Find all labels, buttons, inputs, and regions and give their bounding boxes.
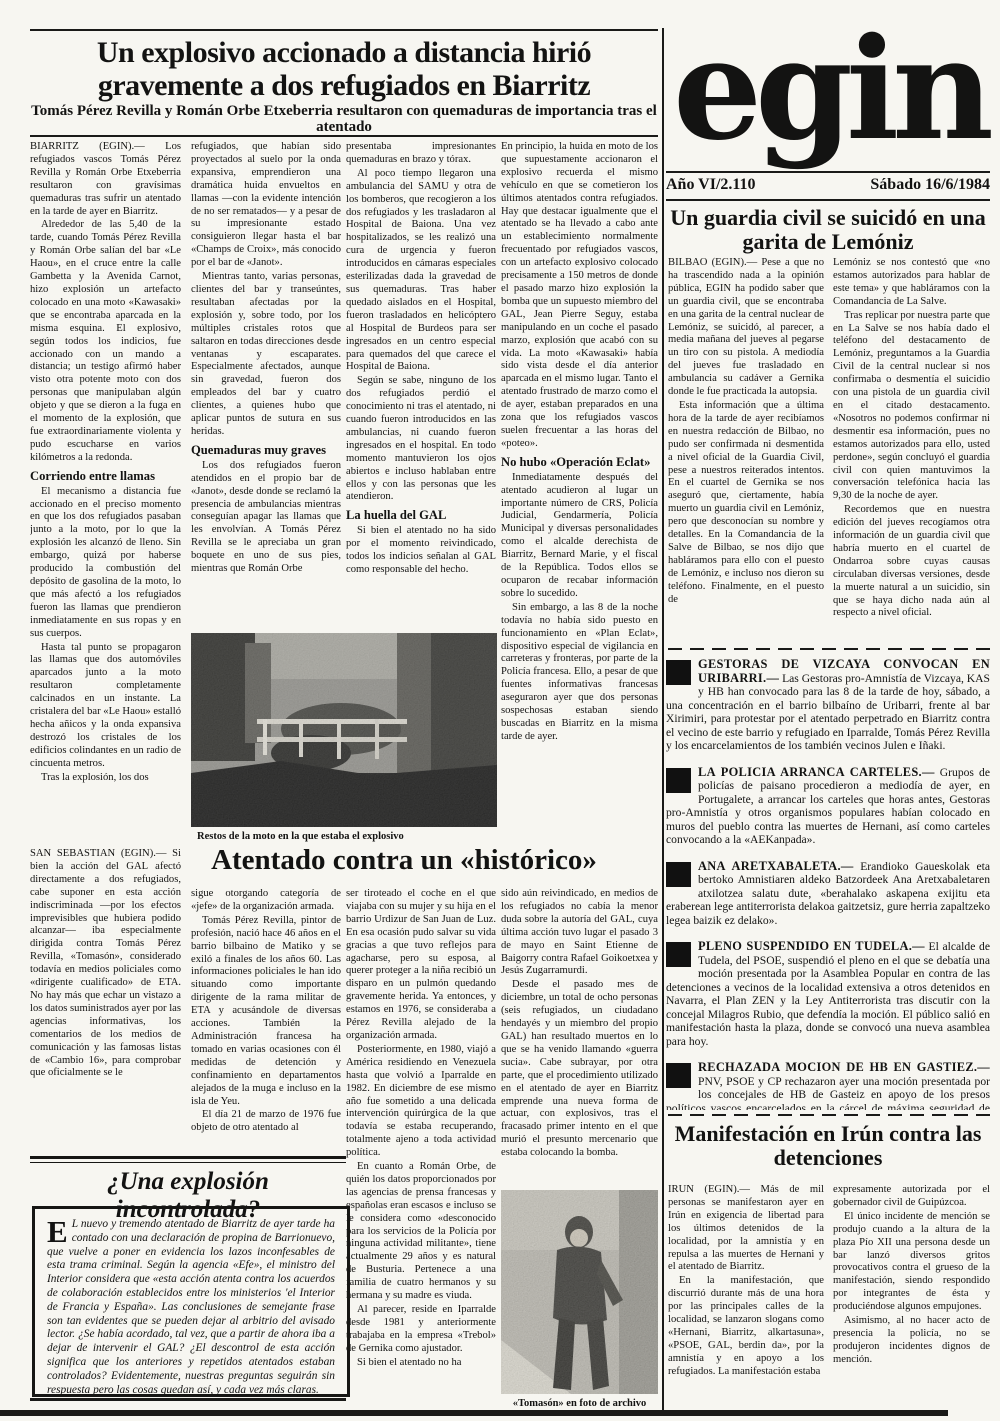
brief-item: RECHAZADA MOCION DE HB EN GASTIEZ.— PNV,…: [666, 1061, 990, 1110]
historico-column-1: SAN SEBASTIAN (EGIN).— Si bien la acción…: [30, 848, 181, 1150]
brief-title: ANA ARETXABALETA.—: [698, 859, 854, 873]
historico-headline: Atentado contra un «histórico»: [150, 845, 658, 876]
paragraph: sido aún reivindicado, en medios de los …: [501, 888, 658, 978]
issue-date: Sábado 16/6/1984: [870, 176, 990, 194]
paragraph: El único incidente de mención se produjo…: [833, 1211, 990, 1314]
rule-lead-top: [30, 29, 658, 31]
photo-tomason: [501, 1190, 658, 1394]
column-subhead: Quemaduras muy graves: [191, 444, 341, 457]
photo-caption-moto: Restos de la moto en la que estaba el ex…: [197, 831, 497, 842]
rule-masthead-2: [666, 199, 990, 201]
paragraph: Al poco tiempo llegaron una ambulancia d…: [346, 168, 496, 375]
irun-headline: Manifestación en Irún contra las detenci…: [666, 1122, 990, 1170]
paragraph: sigue otorgando categoría de «jefe» de l…: [191, 888, 341, 914]
brief-title: LA POLICIA ARRANCA CARTELES.—: [698, 765, 935, 779]
paragraph: Al parecer, reside en Iparralde desde 19…: [346, 1304, 496, 1356]
paragraph: En cuanto a Román Orbe, de quién los dat…: [346, 1161, 496, 1303]
paragraph: Desde el pasado mes de diciembre, un tot…: [501, 979, 658, 1160]
guardia-headline: Un guardia civil se suicidó en una garit…: [666, 206, 990, 254]
paragraph: refugiados, que habían sido proyectados …: [191, 141, 341, 270]
paragraph: Tras replicar por nuestra parte que en L…: [833, 310, 990, 504]
paragraph: Posteriormente, en 1980, viajó a América…: [346, 1044, 496, 1160]
column-subhead: Corriendo entre llamas: [30, 470, 181, 483]
rule-page-bottom: [0, 1410, 948, 1416]
lead-column-4: En principio, la huida en moto de los qu…: [501, 141, 658, 879]
lead-column-1: BIARRITZ (EGIN).— Los refugiados vascos …: [30, 141, 181, 855]
paragraph: BILBAO (EGIN).— Pese a que no ha trascen…: [668, 257, 824, 399]
masthead-dateline: Año VI/2.110 Sábado 16/6/1984: [666, 176, 990, 194]
paragraph: Alrededor de las 5,40 de la tarde, cuand…: [30, 219, 181, 464]
brief-item: GESTORAS DE VIZCAYA CONVOCAN EN URIBARRI…: [666, 658, 990, 753]
historico-column-4: sido aún reivindicado, en medios de los …: [501, 888, 658, 1184]
paragraph: ser tiroteado el coche en el que viajaba…: [346, 888, 496, 1043]
square-bullet-icon: [666, 768, 691, 793]
paragraph: IRUN (EGIN).— Más de mil personas se man…: [668, 1184, 824, 1274]
paragraph: Tomás Pérez Revilla, pintor de profesión…: [191, 915, 341, 1109]
drop-cap: E: [47, 1219, 68, 1245]
brief-item: ANA ARETXABALETA.— Erandioko Gaueskolak …: [666, 860, 990, 928]
historico-column-3: ser tiroteado el coche en el que viajaba…: [346, 888, 496, 1412]
rule-dashed-1: [668, 648, 990, 650]
paragraph: Los dos refugiados fueron atendidos en e…: [191, 460, 341, 576]
brief-text: PNV, PSOE y CP rechazaron ayer una moció…: [666, 1075, 990, 1111]
rule-dashed-2: [668, 1114, 990, 1116]
lead-subhead: Tomás Pérez Revilla y Román Orbe Etxeber…: [30, 103, 658, 135]
guardia-column-1: BILBAO (EGIN).— Pese a que no ha trascen…: [668, 257, 824, 645]
brief-title: RECHAZADA MOCION DE HB EN GASTIEZ.—: [698, 1060, 990, 1074]
lead-headline: Un explosivo accionado a distancia hirió…: [30, 36, 658, 102]
paragraph: Mientras tanto, varias personas, cliente…: [191, 271, 341, 439]
brief-title: PLENO SUSPENDIDO EN TUDELA.—: [698, 939, 925, 953]
paragraph: En la manifestación, que discurrió duran…: [668, 1275, 824, 1378]
paragraph: Asimismo, al no hacer acto de presencia …: [833, 1315, 990, 1367]
column-subhead: No hubo «Operación Eclat»: [501, 456, 658, 469]
masthead-logo: egin: [668, 30, 992, 150]
guardia-column-2: Lemóniz se nos contestó que «no estamos …: [833, 257, 990, 641]
paragraph: El día 21 de marzo de 1976 fue objeto de…: [191, 1109, 341, 1135]
briefs-section: GESTORAS DE VIZCAYA CONVOCAN EN URIBARRI…: [666, 658, 990, 1110]
paragraph: Tras la explosión, los dos: [30, 772, 181, 785]
paragraph: Hasta tal punto se propagaron las llamas…: [30, 642, 181, 771]
newspaper-front-page: Un explosivo accionado a distancia hirió…: [0, 0, 1000, 1421]
brief-text: El alcalde de Tudela, del PSOE, suspendi…: [666, 940, 990, 1048]
square-bullet-icon: [666, 1063, 691, 1088]
paragraph: Lemóniz se nos contestó que «no estamos …: [833, 257, 990, 309]
rule-lead-bottom: [30, 135, 658, 137]
historico-column-2: sigue otorgando categoría de «jefe» de l…: [191, 888, 341, 1150]
paragraph: expresamente autorizada por el gobernado…: [833, 1184, 990, 1210]
paragraph: Sin embargo, a las 8 de la noche todavía…: [501, 602, 658, 744]
paragraph: El mecanismo a distancia fue accionado e…: [30, 486, 181, 641]
square-bullet-icon: [666, 942, 691, 967]
brief-item: LA POLICIA ARRANCA CARTELES.— Grupos de …: [666, 766, 990, 847]
irun-column-1: IRUN (EGIN).— Más de mil personas se man…: [668, 1184, 824, 1410]
paragraph: Si bien el atentado no ha sido por el mo…: [346, 525, 496, 577]
paragraph: EL nuevo y tremendo atentado de Biarritz…: [47, 1218, 335, 1397]
opinion-box: EL nuevo y tremendo atentado de Biarritz…: [32, 1206, 350, 1397]
paragraph: En principio, la huida en moto de los qu…: [501, 141, 658, 451]
paragraph: SAN SEBASTIAN (EGIN).— Si bien la acción…: [30, 848, 181, 1080]
paragraph: Esta información que a última hora de la…: [668, 400, 824, 607]
lead-column-2: refugiados, que habían sido proyectados …: [191, 141, 341, 633]
rule-box-bottom: [30, 1398, 346, 1401]
square-bullet-icon: [666, 660, 691, 685]
photo-caption-tomason: «Tomasón» en foto de archivo: [501, 1398, 658, 1409]
photo-moto-wreckage: [191, 633, 497, 827]
lead-column-3: presentaba impresionantes quemaduras en …: [346, 141, 496, 621]
divider-vertical: [662, 28, 664, 1410]
paragraph: Inmediatamente después del atentado acud…: [501, 472, 658, 601]
column-subhead: La huella del GAL: [346, 509, 496, 522]
paragraph: BIARRITZ (EGIN).— Los refugiados vascos …: [30, 141, 181, 218]
edition-number: Año VI/2.110: [666, 176, 756, 194]
rule-box-top: [30, 1156, 346, 1163]
paragraph: Recordemos que en nuestra edición del ju…: [833, 504, 990, 620]
brief-item: PLENO SUSPENDIDO EN TUDELA.— El alcalde …: [666, 940, 990, 1048]
square-bullet-icon: [666, 862, 691, 887]
paragraph: Según se sabe, ninguno de los dos refugi…: [346, 375, 496, 504]
paragraph: presentaba impresionantes quemaduras en …: [346, 141, 496, 167]
paragraph: Si bien el atentado no ha: [346, 1357, 496, 1370]
irun-column-2: expresamente autorizada por el gobernado…: [833, 1184, 990, 1410]
